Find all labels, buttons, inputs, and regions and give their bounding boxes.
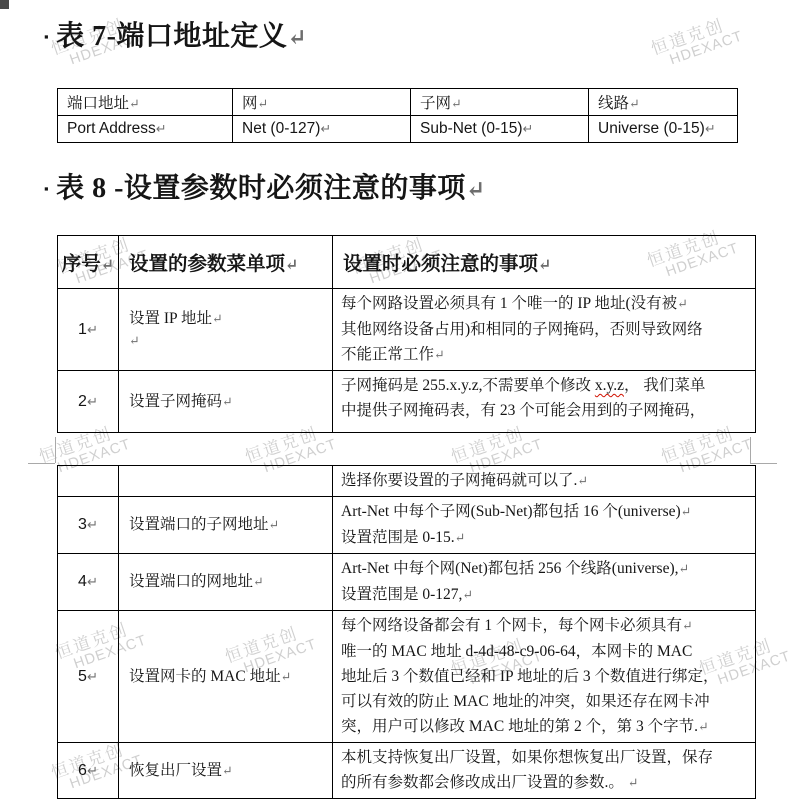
table-row: 端口地址↵ 网↵ 子网↵ 线路↵	[58, 89, 738, 116]
table-cell: 子网↵	[411, 89, 589, 116]
table8-heading-text: 表 8 -设置参数时必须注意的事项↵	[56, 173, 486, 204]
heading-bullet-icon: ▪	[44, 29, 49, 44]
row-number-cell: 3↵	[58, 497, 119, 554]
table-row: 5↵ 设置网卡的 MAC 地址↵ 每个网络设备都会有 1 个网卡，每个网卡必须具…	[58, 611, 756, 743]
note-cell: Art-Net 中每个子网(Sub-Net)都包括 16 个(universe)…	[333, 497, 756, 554]
row-number-cell: 6↵	[58, 743, 119, 799]
table-cell: Port Address↵	[58, 116, 233, 143]
table-cell: Universe (0-15)↵	[589, 116, 738, 143]
table-cell: Net (0-127)↵	[233, 116, 411, 143]
table7-heading: ▪表 7-端口地址定义↵	[44, 14, 307, 54]
watermark-line2: HDEXACT	[668, 30, 745, 70]
column-header: 设置时必须注意的事项↵	[333, 236, 756, 289]
table-row: 2↵ 设置子网掩码↵ 子网掩码是 255.x.y.z,不需要单个修改 x.y.z…	[58, 371, 756, 433]
note-cell: 子网掩码是 255.x.y.z,不需要单个修改 x.y.z， 我们菜单 中提供子…	[333, 371, 756, 433]
menu-item-cell: 设置端口的网地址↵	[119, 554, 333, 611]
menu-item-cell: 设置子网掩码↵	[119, 371, 333, 433]
table-row: 3↵ 设置端口的子网地址↵ Art-Net 中每个子网(Sub-Net)都包括 …	[58, 497, 756, 554]
table-cell: 线路↵	[589, 89, 738, 116]
row-number-cell	[58, 466, 119, 497]
page-margin-mark	[750, 437, 751, 463]
note-cell: 每个网络设备都会有 1 个网卡，每个网卡必须具有↵ 唯一的 MAC 地址 d-4…	[333, 611, 756, 743]
document-page: 恒道克创HDEXACT 恒道克创HDEXACT 恒道克创HDEXACT 恒道克创…	[0, 0, 800, 800]
table-cell: 端口地址↵	[58, 89, 233, 116]
watermark-line1: 恒道克创	[649, 12, 740, 59]
table-cell: Sub-Net (0-15)↵	[411, 116, 589, 143]
table-cell: 网↵	[233, 89, 411, 116]
menu-item-cell	[119, 466, 333, 497]
row-number-cell: 1↵	[58, 289, 119, 371]
menu-item-cell: 设置端口的子网地址↵	[119, 497, 333, 554]
screenshot-corner-artifact	[0, 0, 9, 9]
note-cell: Art-Net 中每个网(Net)都包括 256 个线路(universe),↵…	[333, 554, 756, 611]
menu-item-cell: 设置 IP 地址↵ ↵	[119, 289, 333, 371]
table-row: 1↵ 设置 IP 地址↵ ↵ 每个网路设置必须具有 1 个唯一的 IP 地址(没…	[58, 289, 756, 371]
settings-notes-table-page2: 选择你要设置的子网掩码就可以了.↵ 3↵ 设置端口的子网地址↵ Art-Net …	[57, 465, 756, 799]
note-cell: 每个网路设置必须具有 1 个唯一的 IP 地址(没有被↵ 其他网络设备占用)和相…	[333, 289, 756, 371]
table-row: 6↵ 恢复出厂设置↵ 本机支持恢复出厂设置，如果你想恢复出厂设置，保存 的所有参…	[58, 743, 756, 799]
row-number-cell: 5↵	[58, 611, 119, 743]
page-margin-mark	[750, 463, 777, 464]
table8-heading: ▪表 8 -设置参数时必须注意的事项↵	[44, 166, 486, 206]
row-number-cell: 2↵	[58, 371, 119, 433]
watermark: 恒道克创HDEXACT	[649, 12, 745, 74]
column-header: 设置的参数菜单项↵	[119, 236, 333, 289]
row-number-cell: 4↵	[58, 554, 119, 611]
note-cell: 选择你要设置的子网掩码就可以了.↵	[333, 466, 756, 497]
menu-item-cell: 设置网卡的 MAC 地址↵	[119, 611, 333, 743]
settings-notes-table-page1: 序号↵ 设置的参数菜单项↵ 设置时必须注意的事项↵ 1↵ 设置 IP 地址↵ ↵…	[57, 235, 756, 433]
table-row-continuation: 选择你要设置的子网掩码就可以了.↵	[58, 466, 756, 497]
page-margin-mark	[28, 463, 55, 464]
note-cell: 本机支持恢复出厂设置，如果你想恢复出厂设置，保存 的所有参数都会修改成出厂设置的…	[333, 743, 756, 799]
column-header: 序号↵	[58, 236, 119, 289]
page-margin-mark	[55, 437, 56, 463]
table-header-row: 序号↵ 设置的参数菜单项↵ 设置时必须注意的事项↵	[58, 236, 756, 289]
table-row: Port Address↵ Net (0-127)↵ Sub-Net (0-15…	[58, 116, 738, 143]
table-row: 4↵ 设置端口的网地址↵ Art-Net 中每个网(Net)都包括 256 个线…	[58, 554, 756, 611]
menu-item-cell: 恢复出厂设置↵	[119, 743, 333, 799]
table7-heading-text: 表 7-端口地址定义↵	[56, 21, 307, 52]
port-address-table: 端口地址↵ 网↵ 子网↵ 线路↵ Port Address↵ Net (0-12…	[57, 88, 738, 143]
heading-bullet-icon: ▪	[44, 181, 49, 196]
